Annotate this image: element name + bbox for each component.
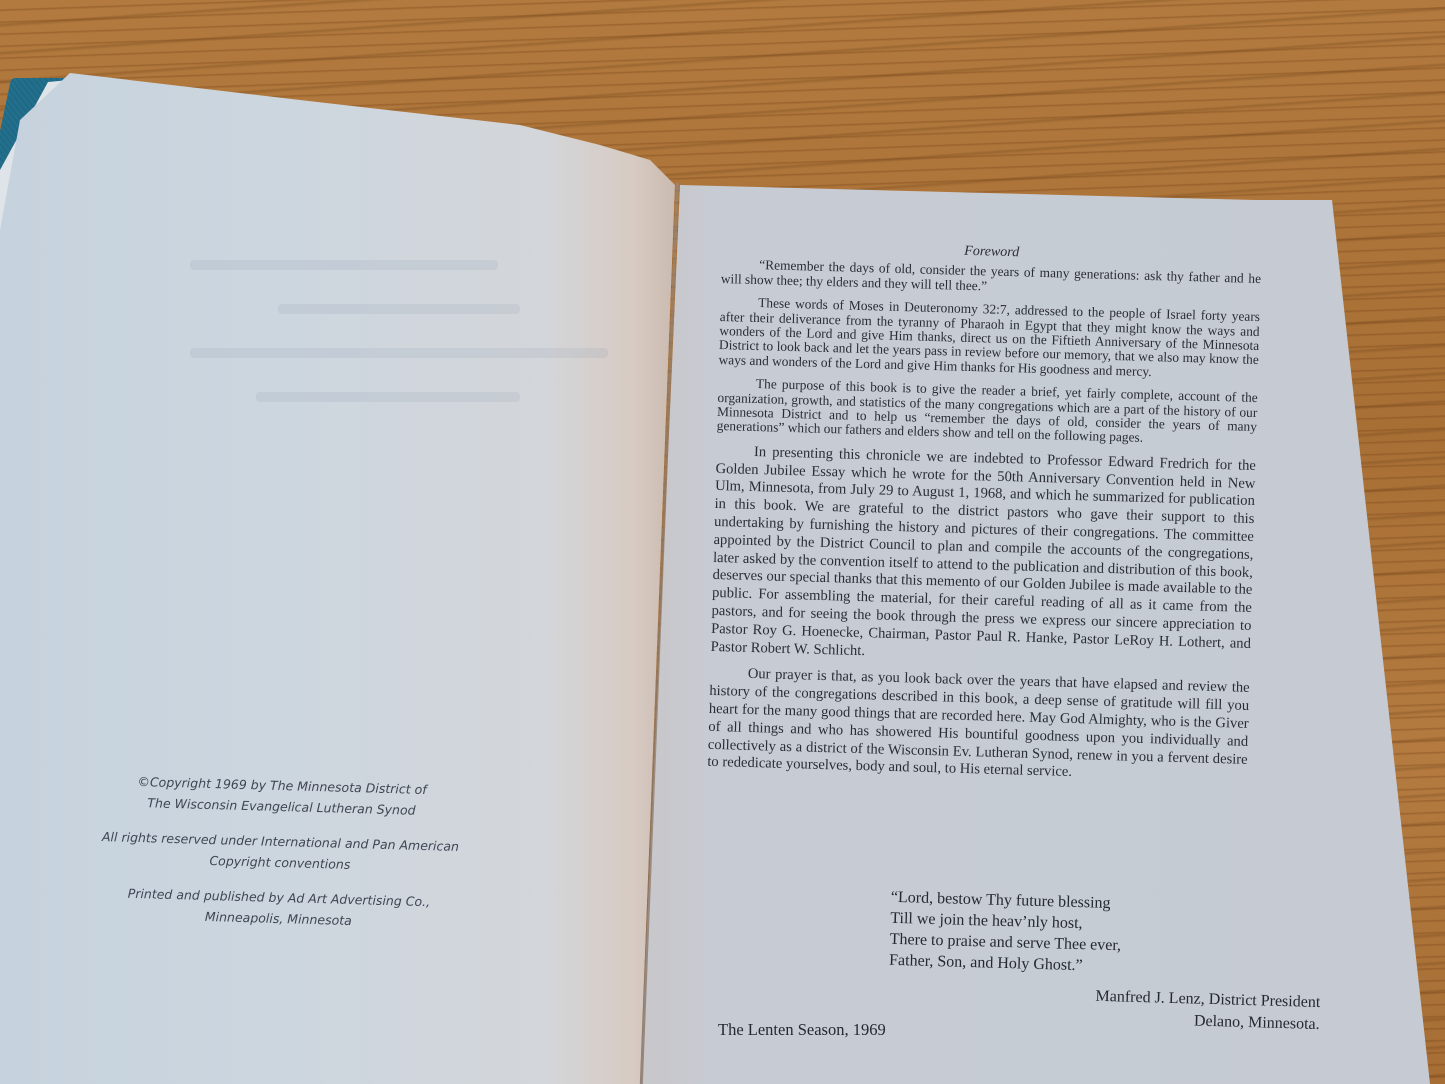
rights-line-1: All rights reserved under International … (102, 829, 459, 854)
signature-block: Manfred J. Lenz, District President Dela… (1029, 984, 1320, 1036)
rights-line-2: Copyright conventions (209, 853, 350, 872)
hymn-verse: “Lord, bestow Thy future blessing Till w… (889, 887, 1123, 977)
show-through-text (190, 260, 630, 436)
foreword-section: Foreword “Remember the days of old, cons… (707, 238, 1262, 796)
foreword-paragraph-acknowledgements: In presenting this chronicle we are inde… (710, 443, 1256, 672)
foreword-paragraph-purpose: The purpose of this book is to give the … (717, 376, 1258, 449)
publisher-line-2: Minneapolis, Minnesota (205, 909, 352, 928)
copyright-line-1: ©Copyright 1969 by The Minnesota Distric… (137, 774, 427, 797)
copyright-line-2: The Wisconsin Evangelical Lutheran Synod (147, 795, 416, 817)
foreword-paragraph-moses: These words of Moses in Deuteronomy 32:7… (718, 295, 1260, 382)
copyright-block: ©Copyright 1969 by The Minnesota Distric… (98, 770, 463, 948)
dateline: The Lenten Season, 1969 (718, 1020, 886, 1040)
foreword-paragraph-prayer: Our prayer is that, as you look back ove… (707, 665, 1250, 787)
publisher-line-1: Printed and published by Ad Art Advertis… (128, 886, 431, 909)
